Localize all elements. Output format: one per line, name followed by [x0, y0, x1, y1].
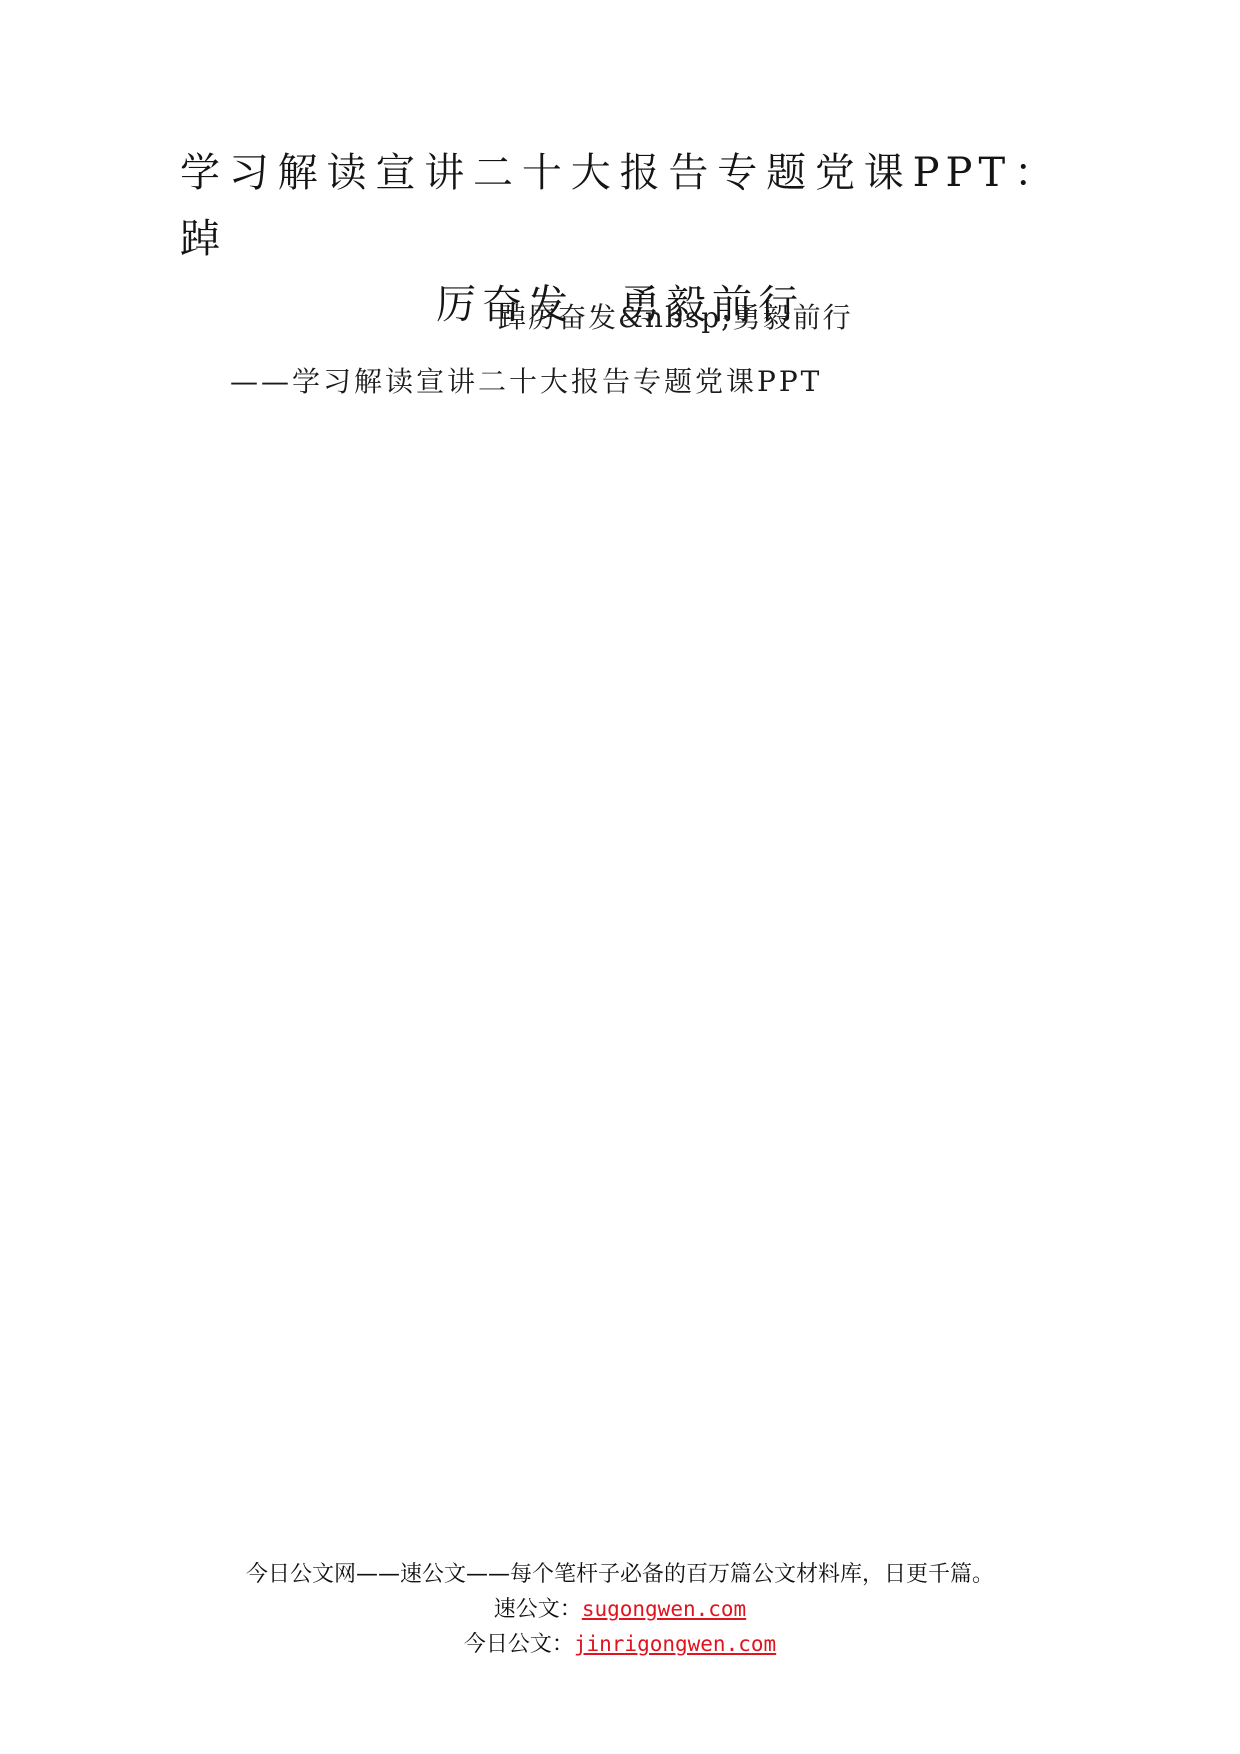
page-footer: 今日公文网——速公文——每个笔杆子必备的百万篇公文材料库，日更千篇。 速公文：s…: [0, 1558, 1240, 1662]
footer-link-2-label: 今日公文：: [464, 1632, 574, 1657]
title-line-1: 学习解读宣讲二十大报告专题党课PPT：踔: [180, 140, 1060, 272]
footer-link-row-1: 速公文：sugongwen.com: [0, 1592, 1240, 1627]
footer-tagline: 今日公文网——速公文——每个笔杆子必备的百万篇公文材料库，日更千篇。: [0, 1558, 1240, 1592]
document-subtitle: 踔厉奋发&nbsp;勇毅前行: [498, 298, 853, 338]
footer-link-row-2: 今日公文：jinrigongwen.com: [0, 1627, 1240, 1662]
sugongwen-link[interactable]: sugongwen.com: [582, 1597, 746, 1621]
document-byline: ——学习解读宣讲二十大报告专题党课PPT: [230, 362, 822, 402]
footer-link-1-label: 速公文：: [494, 1597, 582, 1622]
document-page: 学习解读宣讲二十大报告专题党课PPT：踔 厉奋发 勇毅前行 踔厉奋发&nbsp;…: [0, 0, 1240, 1754]
jinrigongwen-link[interactable]: jinrigongwen.com: [574, 1632, 776, 1656]
